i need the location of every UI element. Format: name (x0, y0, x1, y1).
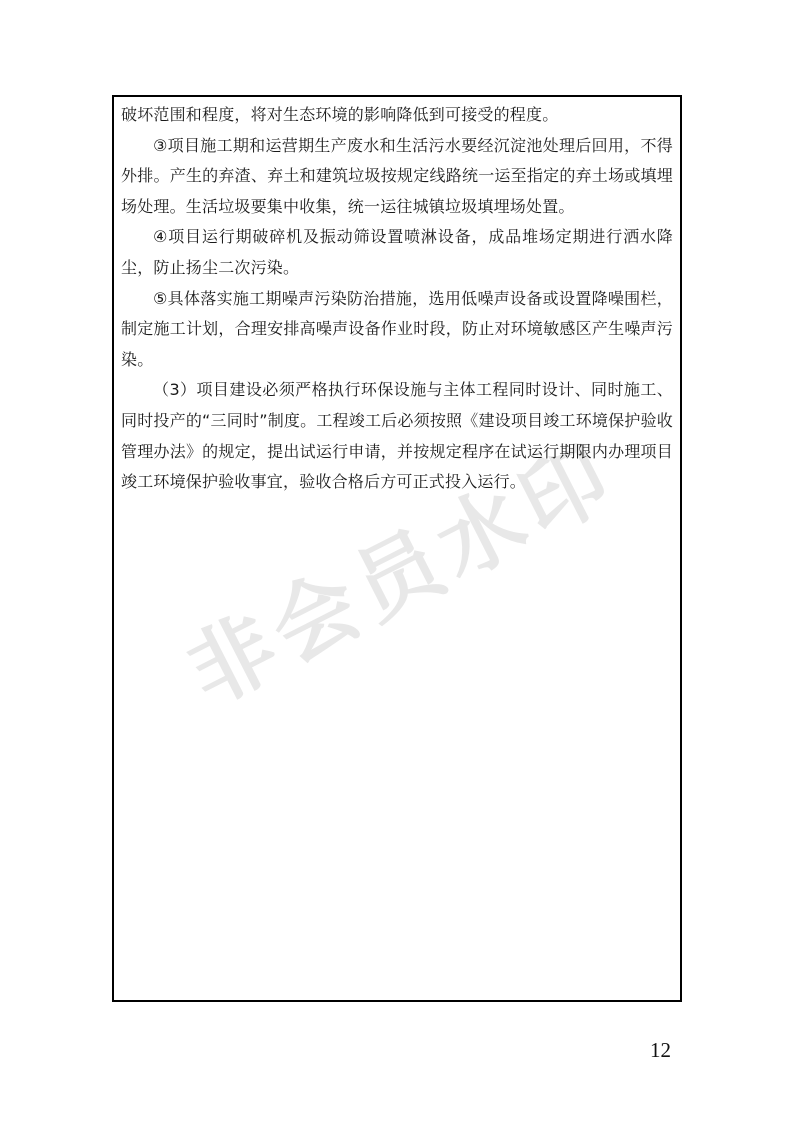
paragraph: ④项目运行期破碎机及振动筛设置喷淋设备，成品堆场定期进行洒水降尘，防止扬尘二次污… (121, 222, 673, 283)
content-border-box: 破坏范围和程度，将对生态环境的影响降低到可接受的程度。③项目施工期和运营期生产废… (112, 95, 682, 1002)
page-number: 12 (650, 1038, 671, 1063)
paragraph-container: 破坏范围和程度，将对生态环境的影响降低到可接受的程度。③项目施工期和运营期生产废… (114, 97, 680, 498)
paragraph: ⑤具体落实施工期噪声污染防治措施，选用低噪声设备或设置降噪围栏，制定施工计划，合… (121, 284, 673, 376)
paragraph: ③项目施工期和运营期生产废水和生活污水要经沉淀池处理后回用，不得外排。产生的弃渣… (121, 131, 673, 223)
paragraph: 破坏范围和程度，将对生态环境的影响降低到可接受的程度。 (121, 100, 673, 131)
paragraph: （3）项目建设必须严格执行环保设施与主体工程同时设计、同时施工、同时投产的“三同… (121, 375, 673, 497)
document-page: 非会员水印 破坏范围和程度，将对生态环境的影响降低到可接受的程度。③项目施工期和… (0, 0, 793, 1122)
